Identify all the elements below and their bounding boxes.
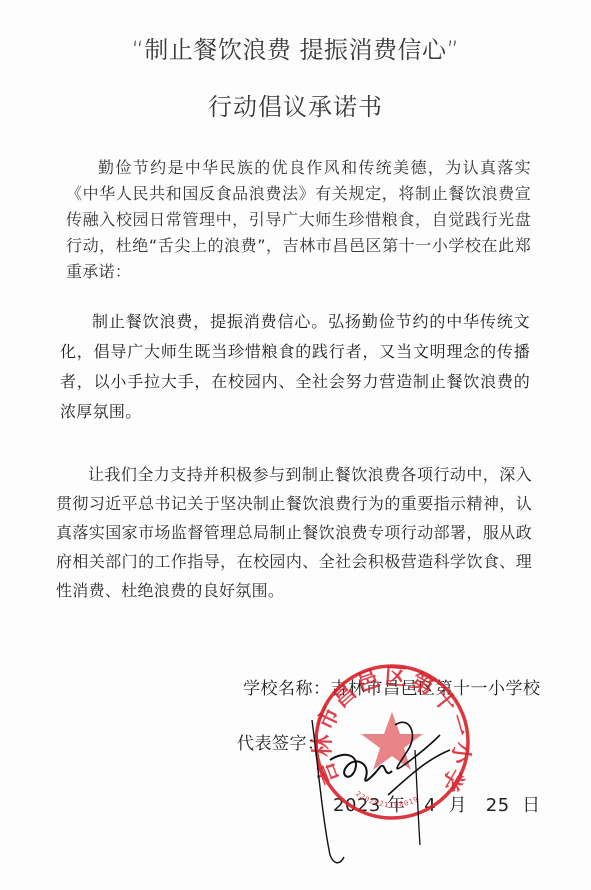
paragraph-intro: 勤俭节约是中华民族的优良作风和传统美德，为认真落实《中华人民共和国反食品浪费法》… xyxy=(66,155,531,285)
paragraph-commitment: 制止餐饮浪费，提振消费信心。弘扬勤俭节约的中华传统文化，倡导广大师生既当珍惜粮食… xyxy=(60,307,530,427)
document-title: “制止餐饮浪费 提振消费信心” xyxy=(0,30,591,65)
document-subtitle: 行动倡议承诺书 xyxy=(0,87,591,122)
paragraph-call-to-action: 让我们全力支持并积极参与到制止餐饮浪费各项行动中，深入贯彻习近平总书记关于坚决制… xyxy=(56,460,532,605)
document-page: “制止餐饮浪费 提振消费信心” 行动倡议承诺书 勤俭节约是中华民族的优良作风和传… xyxy=(0,0,591,890)
handwritten-signature-icon xyxy=(300,705,460,870)
